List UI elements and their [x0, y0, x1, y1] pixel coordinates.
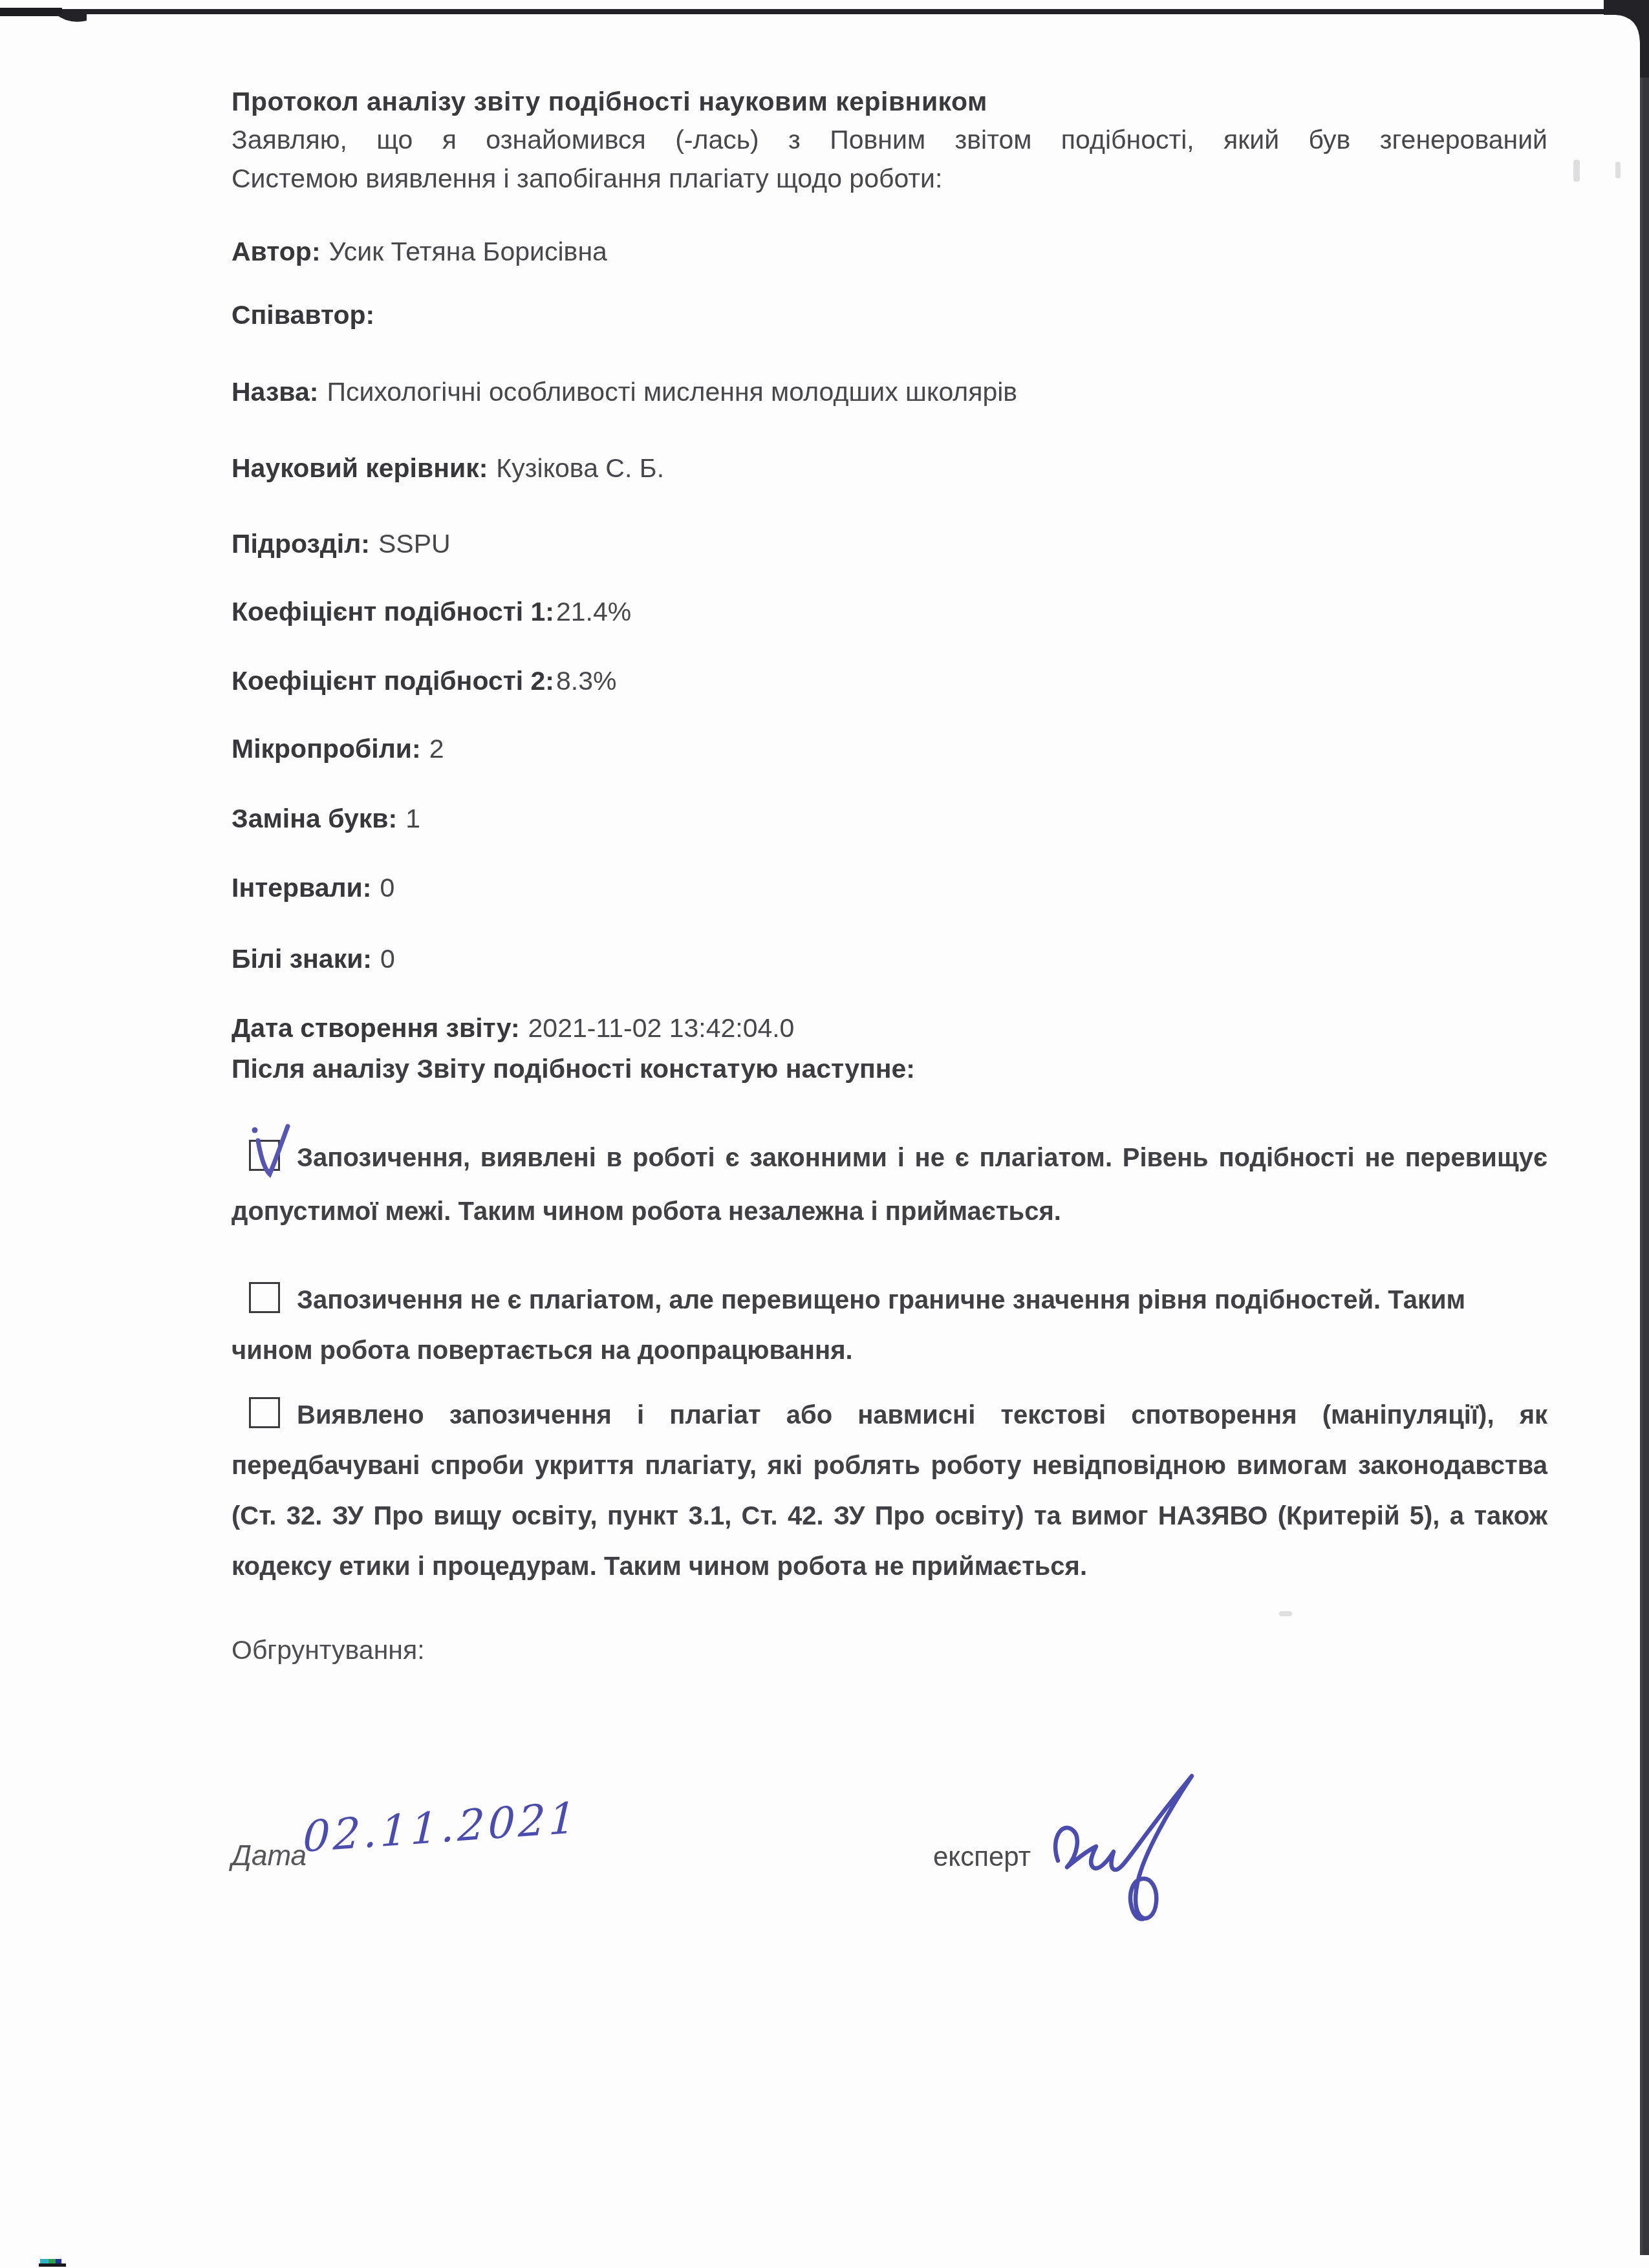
field-supervisor: Науковий керівник:Кузікова С. Б. — [232, 453, 664, 484]
document-title: Протокол аналізу звіту подібності науков… — [232, 87, 1547, 117]
field-report-creation-date: Дата створення звіту:2021-11-02 13:42:04… — [232, 1013, 794, 1043]
scanned-document-page: Протокол аналізу звіту подібності науков… — [0, 0, 1649, 2268]
checkbox-option-returned — [249, 1282, 280, 1313]
field-microspaces-label: Мікропробіли: — [232, 734, 421, 764]
field-author-label: Автор: — [232, 237, 321, 266]
field-intervals: Інтервали:0 — [232, 873, 394, 903]
option-rejected-text: Виявлено запозичення і плагіат або навми… — [232, 1401, 1547, 1581]
field-author-value: Усик Тетяна Борисівна — [329, 237, 607, 266]
field-department-value: SSPU — [378, 529, 451, 559]
intro-line-1: Заявляю, що я ознайомився (-лась) з Повн… — [232, 120, 1547, 159]
field-white-signs-label: Білі знаки: — [232, 944, 372, 974]
expert-label: експерт — [933, 1841, 1031, 1872]
analysis-statement: Після аналізу Звіту подібності констатую… — [232, 1054, 1547, 1084]
field-author: Автор:Усик Тетяна Борисівна — [232, 237, 607, 267]
field-coauthor: Співавтор: — [232, 300, 383, 330]
option-accepted: Запозичення, виявлені в роботі є законни… — [232, 1131, 1547, 1239]
pen-checkmark-icon — [241, 1118, 303, 1200]
field-intervals-label: Інтервали: — [232, 873, 371, 903]
handwritten-date: 02.11.2021 — [302, 1793, 580, 1862]
field-report-creation-date-value: 2021-11-02 13:42:04.0 — [528, 1013, 795, 1043]
field-department-label: Підрозділ: — [232, 529, 370, 559]
field-microspaces: Мікропробіли:2 — [232, 734, 444, 764]
intro-paragraph: Заявляю, що я ознайомився (-лась) з Повн… — [232, 120, 1547, 198]
checkbox-option-rejected — [249, 1397, 280, 1428]
field-report-creation-date-label: Дата створення звіту: — [232, 1013, 520, 1043]
field-supervisor-value: Кузікова С. Б. — [496, 453, 664, 483]
option-returned-text: Запозичення не є плагіатом, але перевище… — [232, 1286, 1465, 1365]
field-similarity-coefficient-2: Коефіцієнт подібності 2:8.3% — [232, 666, 616, 696]
expert-signature — [1033, 1753, 1227, 1947]
field-similarity-coefficient-2-value: 8.3% — [556, 666, 616, 696]
option-returned-for-revision: Запозичення не є плагіатом, але перевище… — [232, 1275, 1547, 1376]
field-title-of-work: Назва:Психологічні особливості мислення … — [232, 377, 1017, 407]
field-title-of-work-value: Психологічні особливості мислення молодш… — [327, 377, 1017, 407]
scan-corner-color-strip — [39, 2259, 66, 2267]
field-title-of-work-label: Назва: — [232, 377, 318, 407]
field-department: Підрозділ:SSPU — [232, 529, 451, 559]
field-similarity-coefficient-1: Коефіцієнт подібності 1:21.4% — [232, 597, 631, 627]
justification-label: Обгрунтування: — [232, 1635, 425, 1665]
field-letter-substitution-label: Заміна букв: — [232, 804, 397, 833]
field-letter-substitution-value: 1 — [405, 804, 420, 833]
intro-line-2: Системою виявлення і запобігання плагіат… — [232, 159, 1547, 198]
field-similarity-coefficient-1-label: Коефіцієнт подібності 1: — [232, 597, 554, 626]
date-label: Дата — [232, 1840, 307, 1872]
checkbox-option-accepted — [249, 1140, 280, 1171]
field-white-signs-value: 0 — [380, 944, 395, 974]
field-letter-substitution: Заміна букв:1 — [232, 804, 420, 834]
field-white-signs: Білі знаки:0 — [232, 944, 395, 974]
field-supervisor-label: Науковий керівник: — [232, 453, 488, 483]
field-similarity-coefficient-1-value: 21.4% — [556, 597, 631, 626]
field-microspaces-value: 2 — [429, 734, 444, 764]
field-similarity-coefficient-2-label: Коефіцієнт подібності 2: — [232, 666, 554, 696]
field-coauthor-label: Співавтор: — [232, 300, 374, 330]
option-accepted-text: Запозичення, виявлені в роботі є законни… — [232, 1144, 1547, 1226]
option-rejected: Виявлено запозичення і плагіат або навми… — [232, 1390, 1547, 1592]
field-intervals-value: 0 — [380, 873, 394, 903]
